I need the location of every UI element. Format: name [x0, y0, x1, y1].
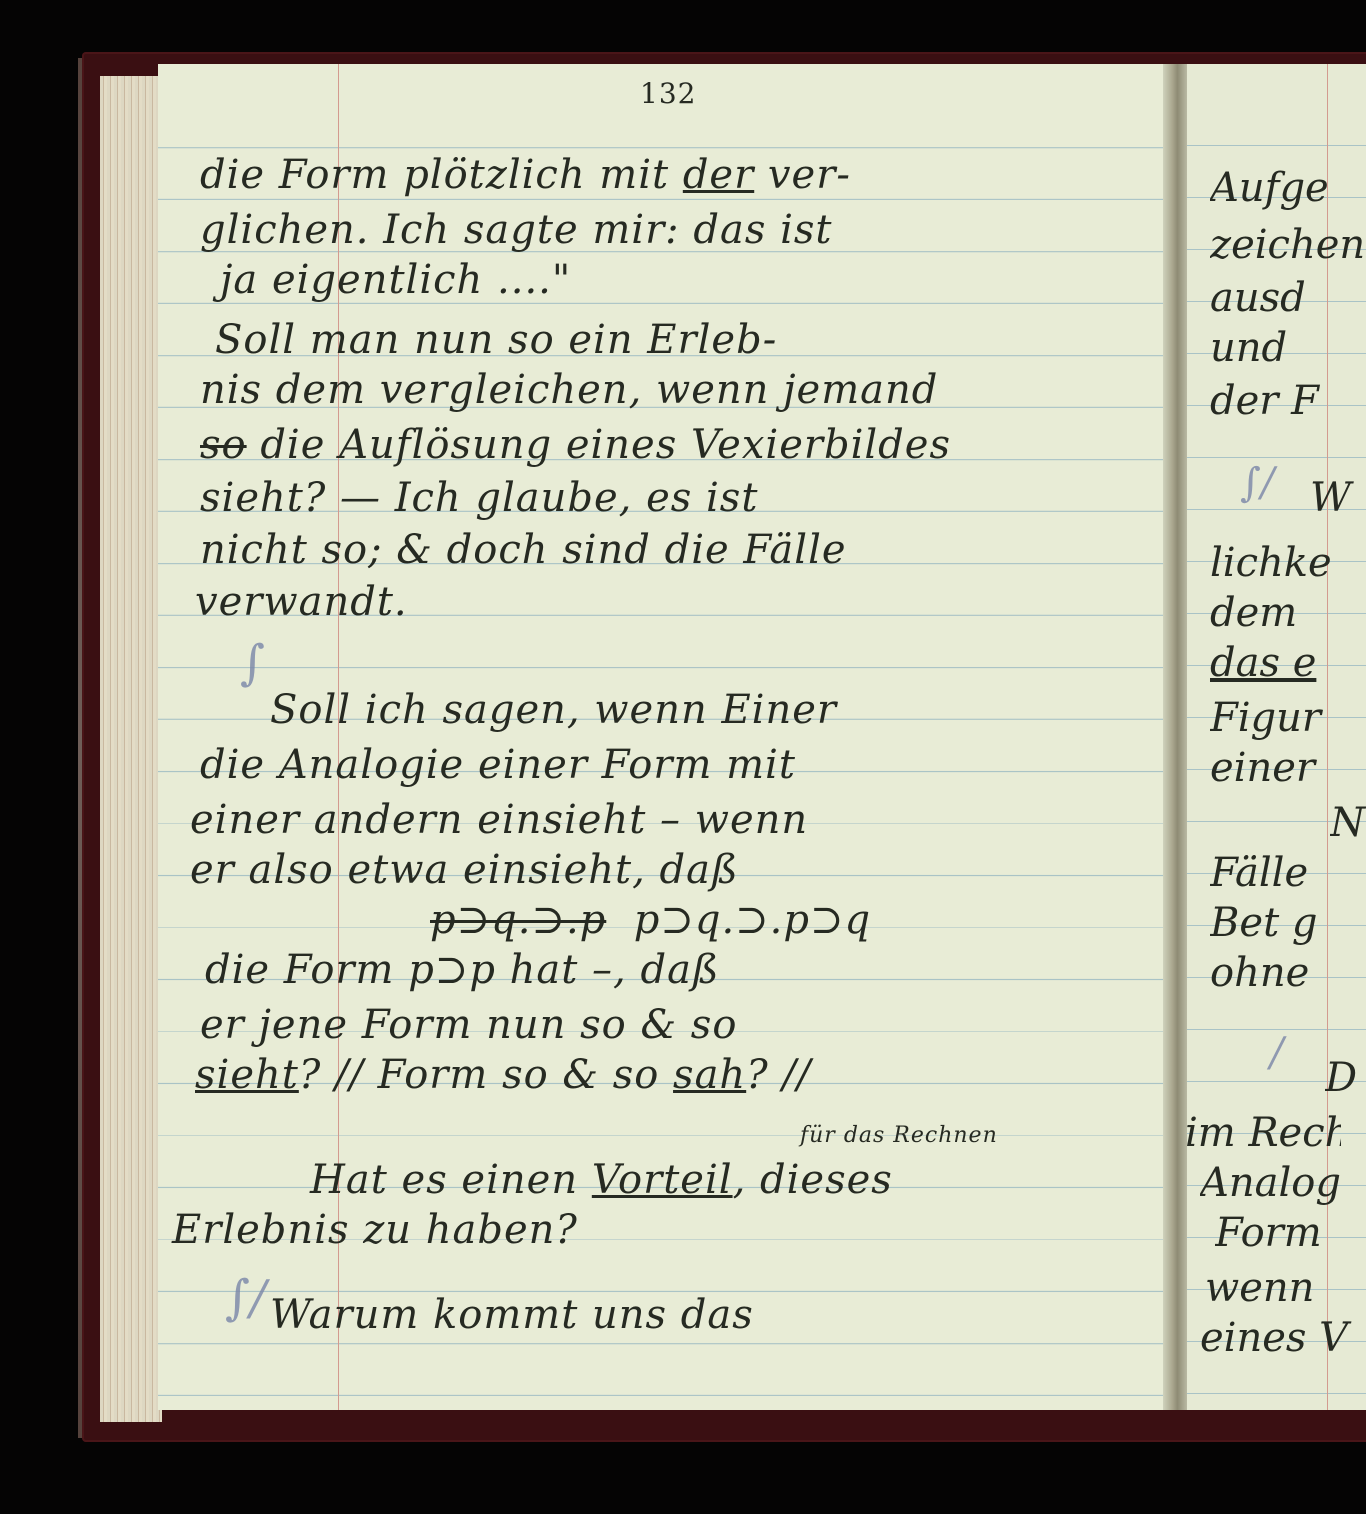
- text-line-2: glichen. Ich sagte mir: das ist: [200, 210, 832, 250]
- pencil-slash-right: /: [1270, 1030, 1283, 1076]
- right-line-11: einer: [1210, 745, 1366, 791]
- text-line-9: verwandt.: [195, 582, 408, 622]
- right-line-16: D: [1325, 1055, 1366, 1101]
- right-line-19: Form: [1215, 1210, 1366, 1256]
- right-line-12: N: [1330, 800, 1366, 846]
- pencil-mark-1: ∫: [240, 635, 265, 691]
- underlined-sieht: sieht: [195, 1052, 299, 1098]
- right-line-13: Fälle: [1210, 850, 1366, 896]
- right-line-17: im Rech: [1185, 1110, 1341, 1156]
- pencil-mark-right-1: ∫/: [1240, 460, 1274, 506]
- right-line-8: dem: [1210, 590, 1366, 636]
- right-line-20: wenn: [1205, 1265, 1361, 1311]
- right-line-9: das e: [1210, 640, 1366, 686]
- text-line-17-tail: ? //: [746, 1052, 811, 1098]
- right-line-10: Figur: [1210, 695, 1366, 741]
- text-line-6-body: die Auflösung eines Vexierbildes: [260, 422, 951, 468]
- struck-formula: p⊃q.⊃.p: [430, 897, 606, 943]
- text-line-4: Soll man nun so ein Erleb-: [215, 320, 777, 360]
- text-line-3: ja eigentlich ....": [220, 260, 571, 300]
- page-stack-edge: [100, 76, 162, 1422]
- page-number: 132: [640, 80, 696, 108]
- underlined-sah: sah: [673, 1052, 746, 1098]
- text-line-17-body: ? // Form so & so: [299, 1052, 660, 1098]
- struck-word: so: [200, 422, 247, 468]
- text-line-10: Soll ich sagen, wenn Einer: [270, 690, 837, 730]
- right-line-21: eines V: [1200, 1315, 1356, 1361]
- text-line-5: nis dem vergleichen, wenn jemand: [200, 370, 938, 410]
- spine-gutter: [1163, 64, 1187, 1410]
- text-line-17: sieht? // Form so & so sah? //: [195, 1055, 811, 1095]
- formula: p⊃q.⊃.p⊃q: [634, 897, 871, 943]
- pencil-mark-2: ∫/: [225, 1270, 266, 1326]
- text-line-7: sieht? — Ich glaube, es ist: [200, 478, 758, 518]
- right-line-15: ohne: [1210, 950, 1366, 996]
- text-line-8: nicht so; & doch sind die Fälle: [200, 530, 847, 570]
- underlined-vorteil: Vorteil: [592, 1157, 733, 1203]
- right-line-7: lichke: [1210, 540, 1366, 586]
- text-line-18-a: Hat es einen: [310, 1157, 578, 1203]
- right-line-18: Analog: [1200, 1160, 1356, 1206]
- text-line-20: Warum kommt uns das: [270, 1295, 754, 1335]
- text-line-14: p⊃q.⊃.p p⊃q.⊃.p⊃q: [430, 900, 871, 940]
- text-line-12: einer andern einsieht – wenn: [190, 800, 808, 840]
- cover-edge: [78, 58, 82, 1438]
- text-line-1: die Form plötzlich mit der ver-: [200, 155, 851, 195]
- text-line-6: so die Auflösung eines Vexierbildes: [200, 425, 951, 465]
- text-line-18: Hat es einen Vorteil, dieses: [310, 1160, 893, 1200]
- underlined-word: der: [683, 152, 754, 198]
- text-line-15: die Form p⊃p hat –, daß: [205, 950, 720, 990]
- right-line-1: Aufge: [1210, 165, 1366, 211]
- text-line-18-b: , dieses: [733, 1157, 893, 1203]
- text-line-13: er also etwa einsieht, daß: [190, 850, 739, 890]
- right-line-3: ausd: [1210, 275, 1366, 321]
- right-line-6: W: [1310, 475, 1366, 521]
- text-line-11: die Analogie einer Form mit: [200, 745, 796, 785]
- right-line-2: zeichen: [1210, 222, 1366, 268]
- text-line-19: Erlebnis zu haben?: [172, 1210, 578, 1250]
- right-line-5: der F: [1210, 378, 1366, 424]
- right-line-4: und: [1210, 325, 1366, 371]
- text-line-16: er jene Form nun so & so: [200, 1005, 737, 1045]
- interlinear-insertion: für das Rechnen: [800, 1125, 998, 1147]
- right-line-14: Bet g: [1210, 900, 1366, 946]
